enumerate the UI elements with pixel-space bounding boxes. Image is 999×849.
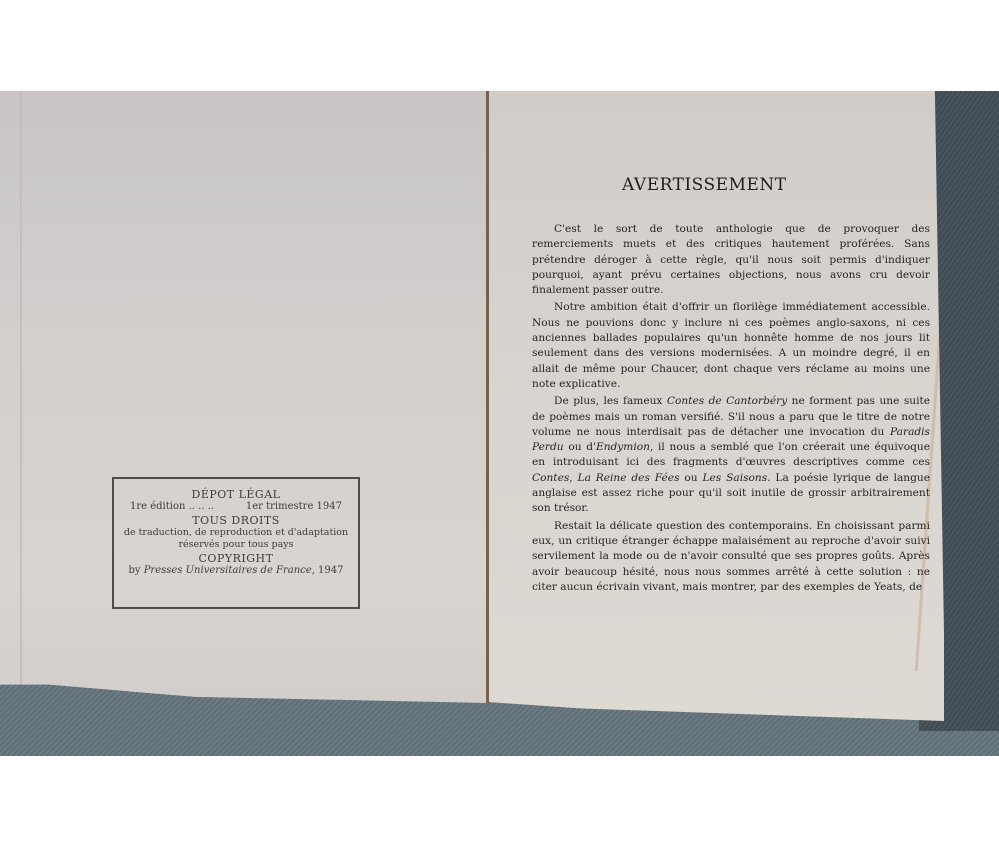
edition-label: 1re édition .. .. .. — [130, 501, 214, 513]
rights-heading: TOUS DROITS — [114, 515, 358, 527]
book-gutter — [486, 91, 489, 703]
paragraph: De plus, les fameux Contes de Cantorbéry… — [532, 394, 930, 516]
rights-line1: de traduction, de reproduction et d'adap… — [114, 527, 358, 539]
edition-value: 1er trimestre 1947 — [246, 501, 342, 513]
paragraph: Restait la délicate question des contemp… — [532, 519, 930, 595]
copyright-prefix: by — [128, 565, 143, 576]
book-photo: DÉPOT LÉGAL 1re édition .. .. .. 1er tri… — [0, 91, 999, 756]
page-edge — [20, 91, 22, 703]
paragraph: C'est le sort de toute anthologie que de… — [532, 222, 930, 298]
copyright-line: by Presses Universitaires de France, 194… — [114, 565, 358, 577]
stamp-heading: DÉPOT LÉGAL — [114, 489, 358, 501]
copyright-heading: COPYRIGHT — [114, 553, 358, 565]
copyright-year: , 1947 — [312, 565, 344, 576]
rights-line2: réservés pour tous pays — [114, 539, 358, 551]
legal-deposit-box: DÉPOT LÉGAL 1re édition .. .. .. 1er tri… — [112, 477, 360, 609]
edition-row: 1re édition .. .. .. 1er trimestre 1947 — [114, 501, 358, 513]
left-page: DÉPOT LÉGAL 1re édition .. .. .. 1er tri… — [0, 91, 487, 703]
publisher-name: Presses Universitaires de France — [144, 565, 312, 576]
foreword-text: C'est le sort de toute anthologie que de… — [532, 222, 930, 595]
page-title: AVERTISSEMENT — [622, 175, 787, 195]
paragraph: Notre ambition était d'offrir un florilè… — [532, 300, 930, 392]
